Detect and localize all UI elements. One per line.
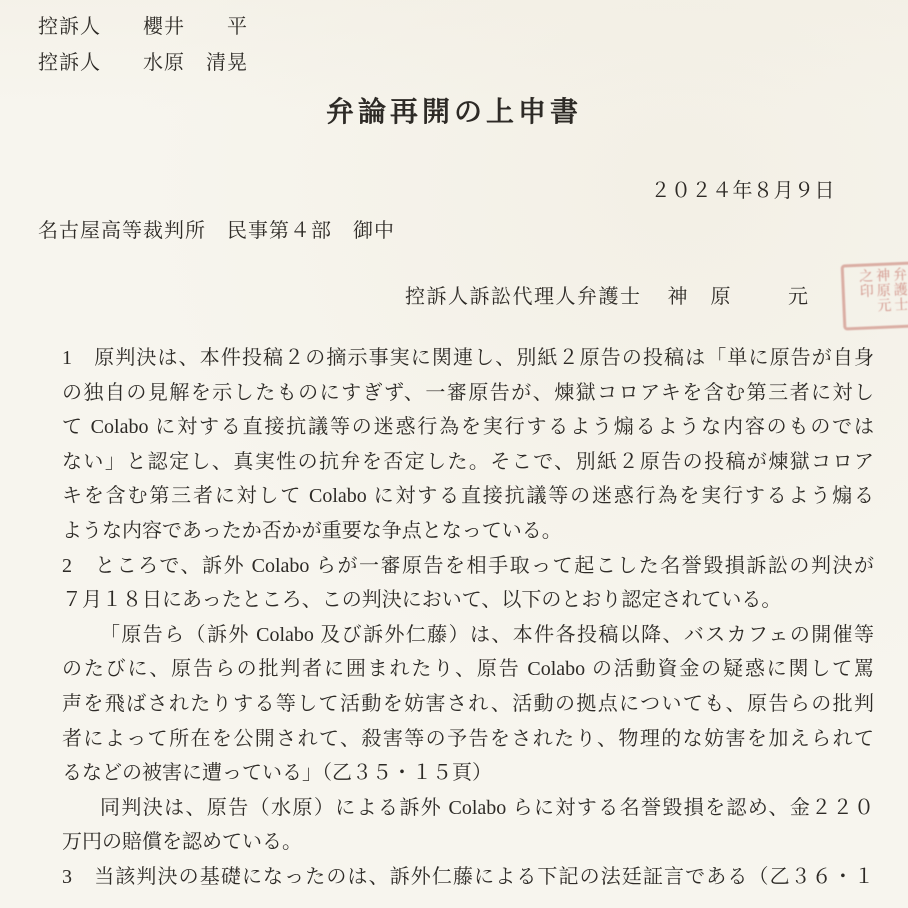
court-addressee: 名古屋高等裁判所 民事第４部 御中: [38, 214, 395, 243]
attorney-title: 控訴人訴訟代理人弁護士: [405, 286, 642, 308]
body-line: のたびに、原告らの批判者に囲まれたり、原告 Colabo の活動資金の疑惑に関し…: [62, 652, 874, 687]
document-date: ２０２４年８月９日: [651, 174, 836, 203]
attorney-given-name: 元: [788, 286, 810, 308]
body-line: て Colabo に対する直接抗議等の迷惑行為を実行するよう煽るような内容のもの…: [62, 410, 874, 445]
party-role: 控訴人: [38, 52, 101, 74]
body-line: 声を飛ばされたりする等して活動を妨害され、活動の拠点についても、原告らの批判: [62, 687, 874, 722]
party-name: 水原 清晃: [143, 52, 248, 74]
appellant-line-1: 控訴人 櫻井 平: [38, 10, 248, 39]
body-line: ない」と認定し、真実性の抗弁を否定した。そこで、別紙２原告の投稿が煉獄コロア: [62, 445, 874, 480]
body-lines: 1 原判決は、本件投稿２の摘示事実に関連し、別紙２原告の投稿は「単に原告が自身の…: [62, 341, 874, 895]
document-title: 弁論再開の上申書: [0, 90, 908, 130]
attorney-surname: 神 原: [668, 286, 733, 308]
scanned-legal-document: 控訴人 櫻井 平 控訴人 水原 清晃 弁論再開の上申書 ２０２４年８月９日 名古…: [0, 0, 908, 908]
body-line: 万円の賠償を認めている。: [62, 825, 874, 860]
body-line: るなどの被害に遭っている」（乙３５・１５頁）: [62, 756, 874, 791]
body-line: ような内容であったか否かが重要な争点となっている。: [62, 514, 874, 549]
body-line: キを含む第三者に対して Colabo に対する直接抗議等の迷惑行為を実行するよう…: [62, 479, 874, 514]
red-hanko-seal-icon: 弁護士神原元之印: [841, 261, 908, 330]
body-line: 同判決は、原告（水原）による訴外 Colabo らに対する名誉毀損を認め、金２２…: [62, 791, 874, 826]
body-line: 2 ところで、訴外 Colabo らが一審原告を相手取って起こした名誉毀損訴訟の…: [62, 549, 874, 584]
appellant-line-2: 控訴人 水原 清晃: [38, 46, 248, 75]
attorney-signature-line: 控訴人訴訟代理人弁護士神 原元: [405, 280, 810, 309]
body-line: 者によって所在を公開されて、殺害等の予告をされたり、物理的な妨害を加えられて: [62, 722, 874, 757]
party-name: 櫻井 平: [143, 16, 248, 38]
body-line: 3 当該判決の基礎になったのは、訴外仁藤による下記の法廷証言である（乙３６・１: [62, 860, 874, 895]
body-line: 1 原判決は、本件投稿２の摘示事実に関連し、別紙２原告の投稿は「単に原告が自身: [62, 341, 874, 376]
body-line: の独自の見解を示したものにすぎず、一審原告が、煉獄コロアキを含む第三者に対し: [62, 376, 874, 411]
party-role: 控訴人: [38, 16, 101, 38]
body-line: 「原告ら（訴外 Colabo 及び訴外仁藤）は、本件各投稿以降、バスカフェの開催…: [62, 618, 874, 653]
body-line: ７月１８日にあったところ、この判決において、以下のとおり認定されている。: [62, 583, 874, 618]
